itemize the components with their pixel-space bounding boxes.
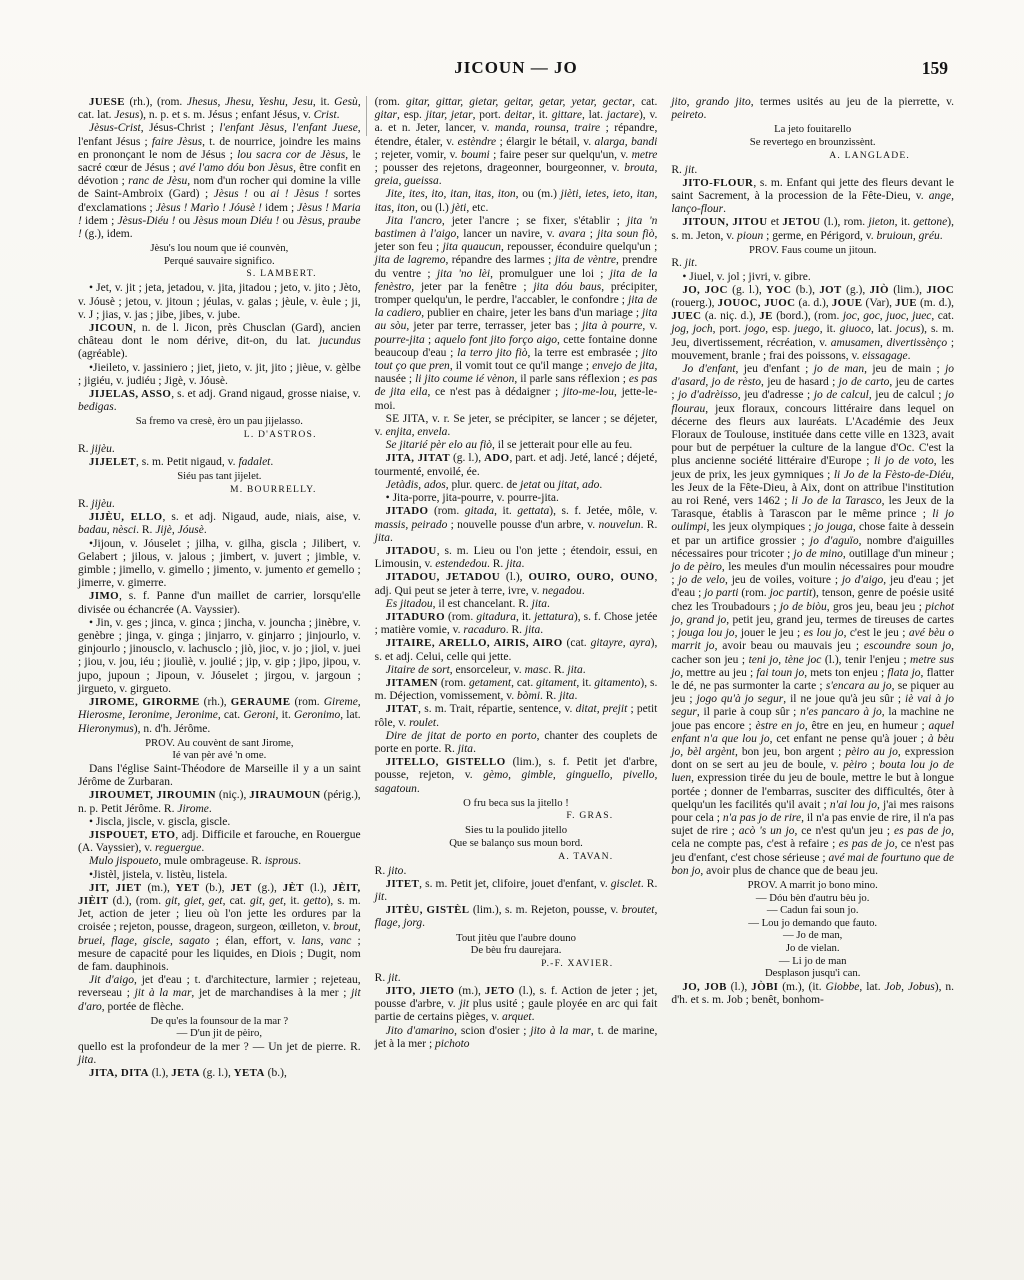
dictionary-paragraph: Dans l'église Saint-Théodore de Marseill… bbox=[78, 763, 361, 789]
dictionary-paragraph: Jito d'amarino, scion d'osier ; jito à l… bbox=[375, 1025, 658, 1051]
dictionary-paragraph: •Jieileto, v. jassiniero ; jiet, jieto, … bbox=[78, 362, 361, 388]
dictionary-paragraph: JITAMEN (rom. getament, cat. gitament, i… bbox=[375, 677, 658, 703]
column-divider bbox=[366, 96, 367, 136]
dictionary-paragraph: Mulo jispoueto, mule ombrageuse. R. ispr… bbox=[78, 855, 361, 868]
text-columns: JUESE (rh.), (rom. Jhesus, Jhesu, Yeshu,… bbox=[78, 96, 954, 1081]
dictionary-paragraph: Jitaire de sort, ensorceleur, v. masc. R… bbox=[375, 664, 658, 677]
dictionary-paragraph: JO, JOC (g. l.), YOC (b.), JOT (g.), JIÒ… bbox=[671, 284, 954, 363]
dictionary-paragraph: JITA, DITA (l.), JETA (g. l.), YETA (b.)… bbox=[78, 1067, 361, 1080]
dictionary-paragraph: JITELLO, GISTELLO (lim.), s. f. Petit je… bbox=[375, 756, 658, 796]
dictionary-paragraph: quello est la profondeur de la mer ? — U… bbox=[78, 1041, 361, 1067]
dictionary-paragraph: R. jit. bbox=[671, 164, 954, 177]
dictionary-paragraph: JIJELET, s. m. Petit nigaud, v. fadalet. bbox=[78, 456, 361, 469]
dictionary-paragraph: JITADOU, JETADOU (l.), OUIRO, OURO, OUNO… bbox=[375, 571, 658, 597]
proverb: PROV. Au couvènt de sant Jirome,Ié van p… bbox=[78, 737, 361, 762]
dictionary-paragraph: JITA, JITAT (g. l.), ADO, part. et adj. … bbox=[375, 452, 658, 478]
author-attribution: F. GRAS. bbox=[375, 810, 658, 822]
dictionary-paragraph: Dire de jitat de porto en porto, chanter… bbox=[375, 730, 658, 756]
verse-quotation: De qu'es la founsour de la mar ?— D'un j… bbox=[78, 1015, 361, 1040]
dictionary-paragraph: Jita l'ancro, jeter l'ancre ; se fixer, … bbox=[375, 215, 658, 413]
column-1: JUESE (rh.), (rom. Jhesus, Jhesu, Yeshu,… bbox=[78, 96, 361, 1081]
dictionary-paragraph: JO, JOB (l.), JÒBI (m.), (it. Giobbe, la… bbox=[671, 981, 954, 1007]
dictionary-paragraph: JITADO (rom. gitada, it. gettata), s. f.… bbox=[375, 505, 658, 545]
verse-quotation: Tout jitèu que l'aubre dounoDe bèu fru d… bbox=[375, 932, 658, 957]
page-title: JICOUN — JO bbox=[78, 58, 954, 78]
dictionary-paragraph: JITET, s. m. Petit jet, clifoire, jouet … bbox=[375, 878, 658, 904]
dictionary-paragraph: R. jijèu. bbox=[78, 498, 361, 511]
author-attribution: P.-F. XAVIER. bbox=[375, 958, 658, 970]
dictionary-paragraph: Jèsus-Crist, Jésus-Christ ; l'enfant Jès… bbox=[78, 122, 361, 241]
column-2: (rom. gitar, gittar, gietar, geitar, get… bbox=[375, 96, 658, 1051]
verse-quotation: O fru beca sus la jitello ! bbox=[375, 797, 658, 810]
column-3: jito, grando jito, termes usités au jeu … bbox=[671, 96, 954, 1007]
author-attribution: A. TAVAN. bbox=[375, 851, 658, 863]
dictionary-paragraph: Se jitarié pèr elo au fiò, il se jettera… bbox=[375, 439, 658, 452]
verse-quotation: Sa fremo va cresè, èro un pau jijelasso. bbox=[78, 415, 361, 428]
dictionary-paragraph: R. jit. bbox=[375, 972, 658, 985]
dictionary-paragraph: • Jiuel, v. jol ; jivri, v. gibre. bbox=[671, 271, 954, 284]
dictionary-paragraph: Jo d'enfant, jeu d'enfant ; jo de man, j… bbox=[671, 363, 954, 878]
author-attribution: M. BOURRELLY. bbox=[78, 484, 361, 496]
dictionary-paragraph: JITAIRE, ARELLO, AIRIS, AIRO (cat. gitay… bbox=[375, 637, 658, 663]
dictionary-paragraph: R. jijèu. bbox=[78, 443, 361, 456]
author-attribution: L. D'ASTROS. bbox=[78, 429, 361, 441]
dictionary-paragraph: • Jita-porre, jita-pourre, v. pourre-jit… bbox=[375, 492, 658, 505]
verse-quotation: Siéu pas tant jijelet. bbox=[78, 470, 361, 483]
dictionary-paragraph: Es jitadou, il est chancelant. R. jita. bbox=[375, 598, 658, 611]
dictionary-paragraph: JITOUN, JITOU et JETOU (l.), rom. jieton… bbox=[671, 216, 954, 242]
verse-quotation: La jeto fouitarelloSe revertego en broun… bbox=[671, 123, 954, 148]
dictionary-paragraph: JITO-FLOUR, s. m. Enfant qui jette des f… bbox=[671, 177, 954, 217]
dictionary-paragraph: (rom. gitar, gittar, gietar, geitar, get… bbox=[375, 96, 658, 188]
page-number: 159 bbox=[922, 58, 948, 79]
verse-quotation: Sies tu la poulido jitelloQue se balanço… bbox=[375, 824, 658, 849]
dictionary-paragraph: JITAT, s. m. Trait, répartie, sentence, … bbox=[375, 703, 658, 729]
dictionary-paragraph: Jit d'aigo, jet d'eau ; t. d'architectur… bbox=[78, 974, 361, 1014]
dictionary-paragraph: JIJÈU, ELLO, s. et adj. Nigaud, aude, ni… bbox=[78, 511, 361, 537]
dictionary-paragraph: JIROUMET, JIROUMIN (niç.), JIRAUMOUN (pé… bbox=[78, 789, 361, 815]
dictionary-paragraph: • Jiscla, jiscle, v. giscla, giscle. bbox=[78, 816, 361, 829]
dictionary-paragraph: • Jin, v. ges ; jinca, v. ginca ; jincha… bbox=[78, 617, 361, 696]
dictionary-page: JICOUN — JO 159 JUESE (rh.), (rom. Jhesu… bbox=[0, 0, 1024, 1280]
dictionary-paragraph: JIT, JIET (m.), YET (b.), JET (g.), JÈT … bbox=[78, 882, 361, 974]
dictionary-paragraph: JIROME, GIRORME (rh.), GERAUME (rom. Gir… bbox=[78, 696, 361, 736]
dictionary-paragraph: jito, grando jito, termes usités au jeu … bbox=[671, 96, 954, 122]
author-attribution: A. LANGLADE. bbox=[671, 150, 954, 162]
dictionary-paragraph: • Jet, v. jit ; jeta, jetadou, v. jita, … bbox=[78, 282, 361, 322]
dictionary-paragraph: Jetàdis, ados, plur. querc. de jetat ou … bbox=[375, 479, 658, 492]
dictionary-paragraph: JITADURO (rom. gitadura, it. jettatura),… bbox=[375, 611, 658, 637]
dictionary-paragraph: JIJELAS, ASSO, s. et adj. Grand nigaud, … bbox=[78, 388, 361, 414]
dictionary-paragraph: SE JITA, v. r. Se jeter, se précipiter, … bbox=[375, 413, 658, 439]
verse-quotation: Jèsu's lou noum que ié counvèn,Perqué sa… bbox=[78, 242, 361, 267]
dictionary-paragraph: JITÈU, GISTÈL (lim.), s. m. Rejeton, pou… bbox=[375, 904, 658, 930]
dictionary-paragraph: Jite, ites, ito, itan, itas, iton, ou (m… bbox=[375, 188, 658, 214]
dictionary-paragraph: R. jito. bbox=[375, 865, 658, 878]
author-attribution: S. LAMBERT. bbox=[78, 268, 361, 280]
running-head: JICOUN — JO 159 bbox=[78, 58, 954, 92]
dictionary-paragraph: •Jijoun, v. Jóuselet ; jilha, v. gilha, … bbox=[78, 538, 361, 591]
dictionary-paragraph: JIMO, s. f. Panne d'un maillet de carrie… bbox=[78, 590, 361, 616]
dictionary-paragraph: JICOUN, n. de l. Jicon, près Chusclan (G… bbox=[78, 322, 361, 362]
proverb: PROV. A marrit jo bono mino.— Dóu bèn d'… bbox=[671, 879, 954, 980]
dictionary-paragraph: JUESE (rh.), (rom. Jhesus, Jhesu, Yeshu,… bbox=[78, 96, 361, 122]
dictionary-paragraph: JISPOUET, ETO, adj. Difficile et farouch… bbox=[78, 829, 361, 855]
dictionary-paragraph: JITADOU, s. m. Lieu ou l'on jette ; éten… bbox=[375, 545, 658, 571]
proverb: PROV. Faus coume un jitoun. bbox=[671, 244, 954, 257]
dictionary-paragraph: R. jit. bbox=[671, 257, 954, 270]
dictionary-paragraph: •Jistèl, jistela, v. listèu, listela. bbox=[78, 869, 361, 882]
dictionary-paragraph: JITO, JIETO (m.), JETO (l.), s. f. Actio… bbox=[375, 985, 658, 1025]
